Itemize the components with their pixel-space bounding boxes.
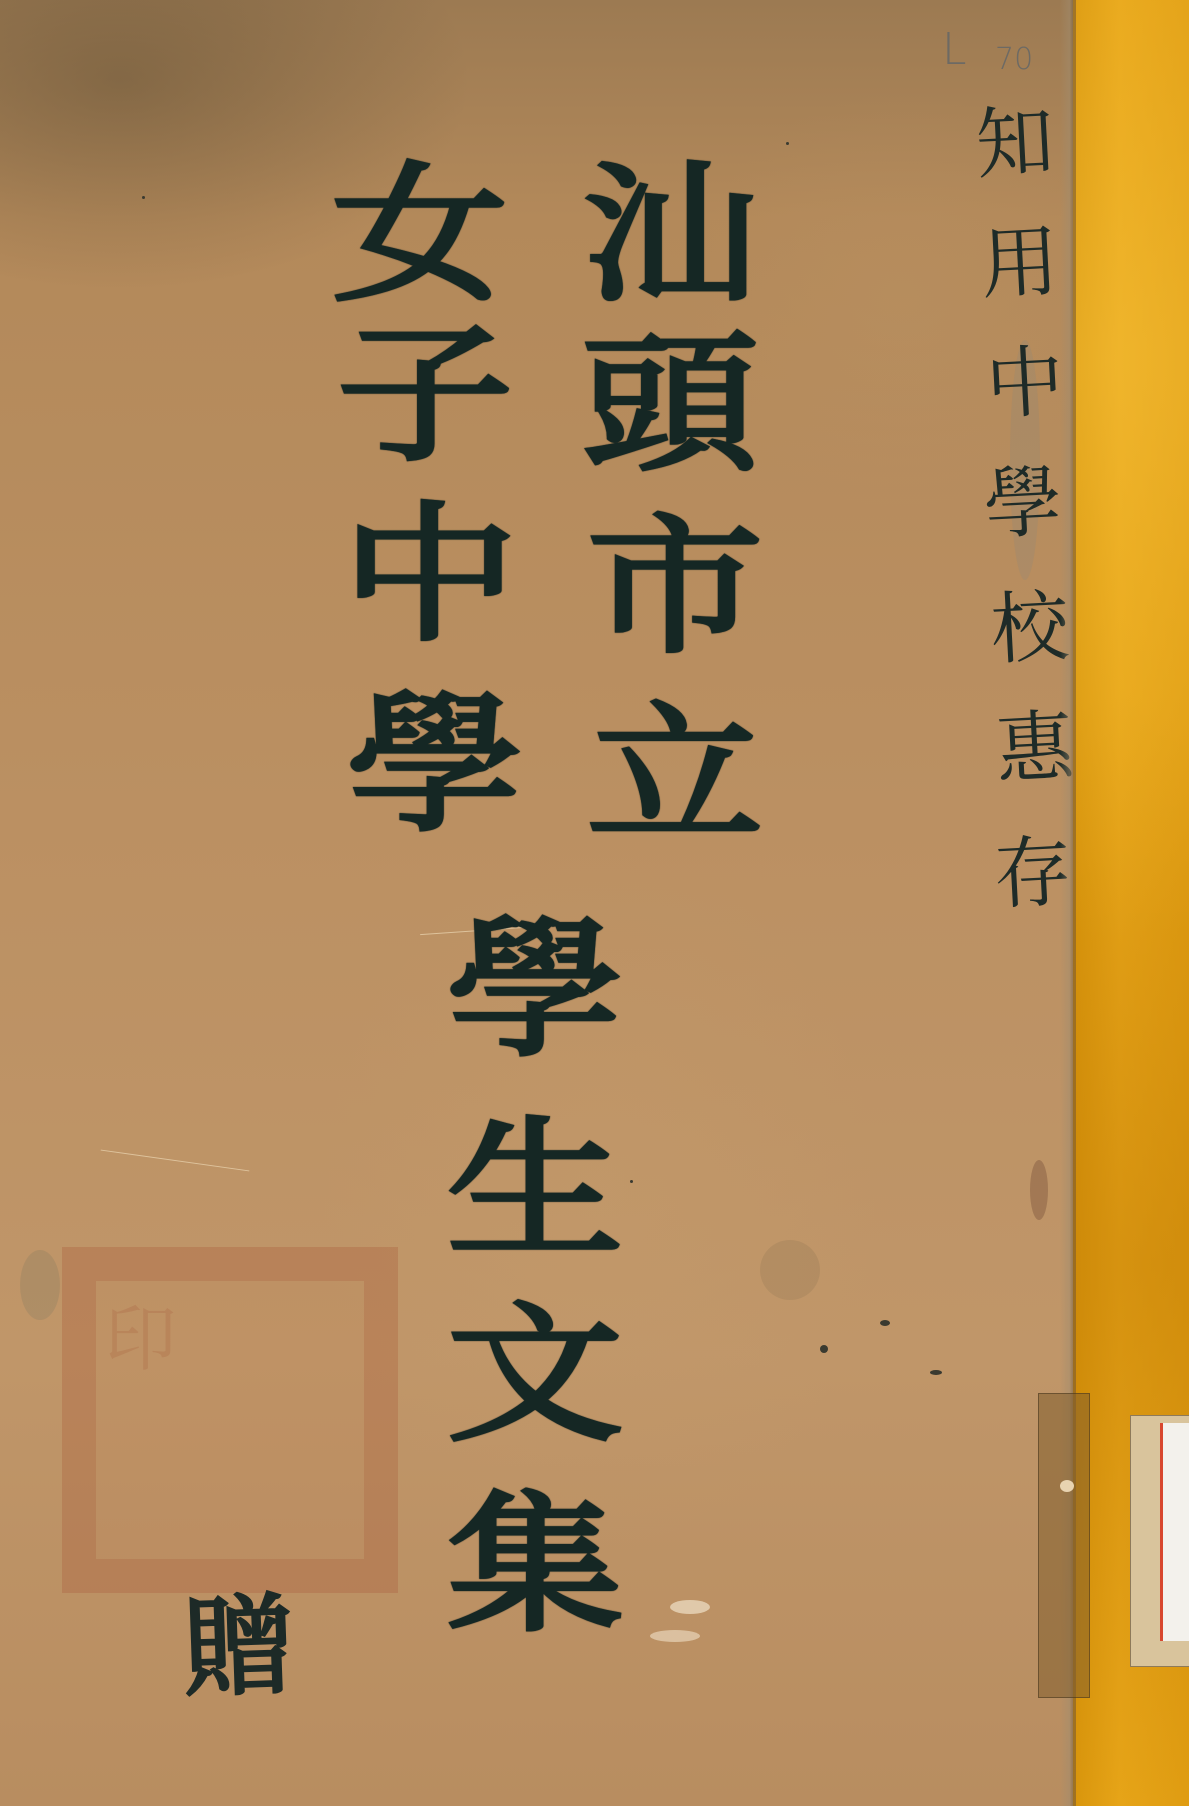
tape-hole (1060, 1480, 1074, 1492)
seal-glyph (275, 1281, 364, 1385)
catalog-letter: L (942, 24, 967, 75)
paper-stain (650, 1630, 700, 1642)
title-char: 市 (569, 512, 781, 662)
ink-speck (880, 1320, 890, 1326)
tape-strip (1038, 1393, 1090, 1698)
seal-glyph (185, 1385, 274, 1472)
title-char: 文 (429, 1300, 641, 1450)
seal-glyph (96, 1385, 185, 1472)
title-char: 頭 (564, 330, 776, 480)
paper-stain (670, 1600, 710, 1614)
seal-glyph (275, 1385, 364, 1472)
title-char: 學 (429, 915, 641, 1065)
inscription-char: 學 (976, 463, 1070, 546)
ink-speck (786, 142, 789, 145)
title-char: 女 (314, 160, 526, 310)
ink-speck (930, 1370, 942, 1375)
seal-glyph: 印 (96, 1281, 185, 1385)
gift-mark: 贈 (166, 1590, 310, 1705)
title-char: 中 (324, 500, 536, 650)
inscription-char: 用 (973, 223, 1067, 306)
title-char: 集 (429, 1490, 641, 1640)
spine-label (1160, 1423, 1189, 1641)
title-char: 生 (429, 1115, 641, 1265)
book-cover: L 70 知 用 中 學 校 惠 存 汕 頭 市 立 女 子 中 學 學 生 文… (0, 0, 1189, 1806)
red-seal-stamp: 印 (62, 1247, 398, 1593)
inscription-char: 中 (978, 343, 1072, 426)
seal-glyph (275, 1472, 364, 1559)
seal-glyph (96, 1472, 185, 1559)
title-char: 學 (329, 690, 541, 840)
ink-speck (820, 1345, 828, 1353)
title-char: 立 (569, 700, 781, 850)
inscription-char: 知 (968, 103, 1062, 186)
paper-stain (760, 1240, 820, 1300)
seal-glyph-grid: 印 (96, 1281, 364, 1559)
title-char: 子 (319, 320, 531, 470)
ink-speck (142, 196, 145, 199)
paper-crease (101, 1150, 250, 1172)
catalog-number: 70 (995, 42, 1033, 77)
title-char: 汕 (564, 160, 776, 310)
seal-glyph (185, 1472, 274, 1559)
paper-stain (20, 1250, 60, 1320)
seal-glyph (185, 1281, 274, 1385)
paper-stain (1030, 1160, 1048, 1220)
